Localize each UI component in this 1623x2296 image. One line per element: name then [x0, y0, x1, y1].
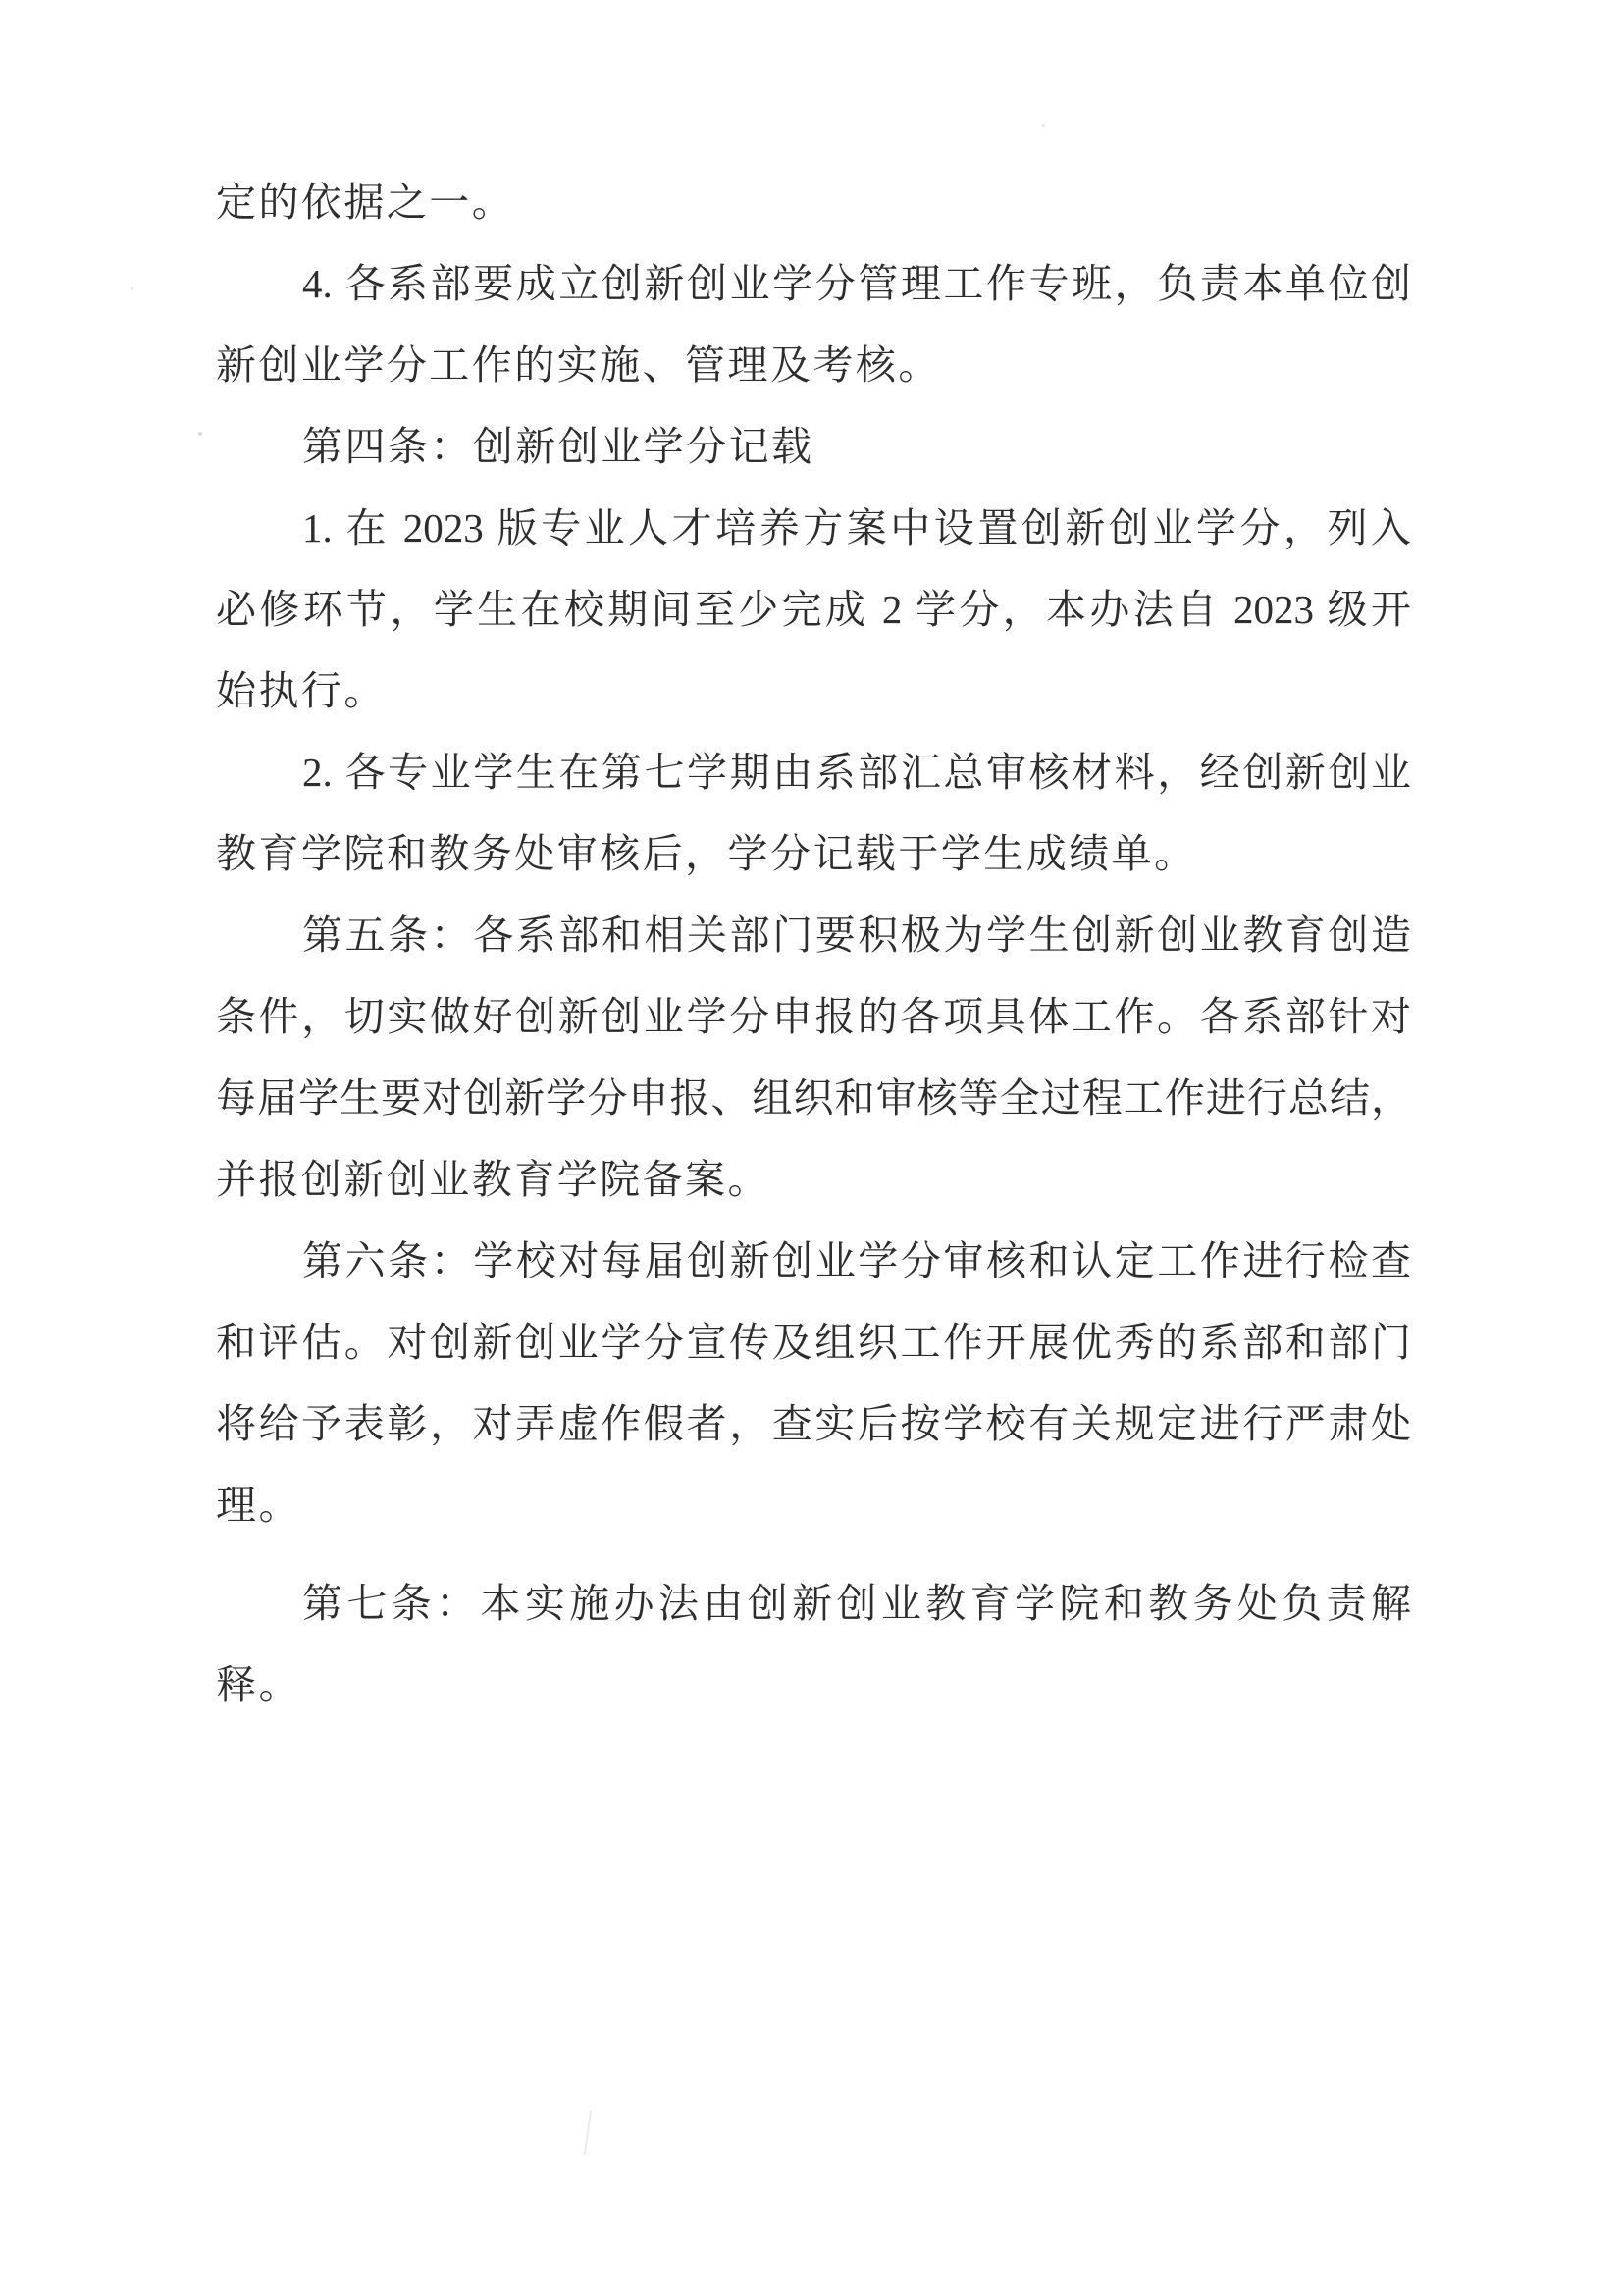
article-heading-line: 第七条：本实施办法由创新创业教育学院和教务处负责解	[216, 1563, 1411, 1644]
scan-speck	[1042, 124, 1045, 127]
doc-line: 新创业学分工作的实施、管理及考核。	[216, 325, 1411, 406]
doc-line: 4. 各系部要成立创新创业学分管理工作专班，负责本单位创	[216, 243, 1411, 325]
doc-line: 将给予表彰，对弄虚作假者，查实后按学校有关规定进行严肃处	[216, 1383, 1411, 1465]
document-text-block: 定的依据之一。 4. 各系部要成立创新创业学分管理工作专班，负责本单位创 新创业…	[216, 162, 1411, 1726]
doc-line: 必修环节，学生在校期间至少完成 2 学分，本办法自 2023 级开	[216, 569, 1411, 651]
doc-line: 每届学生要对创新学分申报、组织和审核等全过程工作进行总结，	[216, 1058, 1411, 1139]
article-heading-line: 第四条：创新创业学分记载	[216, 406, 1411, 488]
document-page: 定的依据之一。 4. 各系部要成立创新创业学分管理工作专班，负责本单位创 新创业…	[0, 0, 1623, 2296]
scan-speck	[198, 432, 202, 436]
doc-line: 并报创新创业教育学院备案。	[216, 1139, 1411, 1221]
doc-line: 定的依据之一。	[216, 162, 1411, 243]
doc-line: 和评估。对创新创业学分宣传及组织工作开展优秀的系部和部门	[216, 1302, 1411, 1383]
article-heading-line: 第五条：各系部和相关部门要积极为学生创新创业教育创造	[216, 895, 1411, 976]
scan-speck	[131, 287, 133, 290]
doc-line: 理。	[216, 1465, 1411, 1546]
doc-line: 2. 各专业学生在第七学期由系部汇总审核材料，经创新创业	[216, 732, 1411, 813]
scan-scratch	[584, 2110, 592, 2155]
doc-line: 释。	[216, 1644, 1411, 1726]
article-heading-line: 第六条：学校对每届创新创业学分审核和认定工作进行检查	[216, 1221, 1411, 1302]
doc-line: 教育学院和教务处审核后，学分记载于学生成绩单。	[216, 813, 1411, 895]
doc-line: 条件，切实做好创新创业学分申报的各项具体工作。各系部针对	[216, 976, 1411, 1058]
doc-line: 1. 在 2023 版专业人才培养方案中设置创新创业学分，列入	[216, 488, 1411, 569]
doc-line: 始执行。	[216, 651, 1411, 732]
